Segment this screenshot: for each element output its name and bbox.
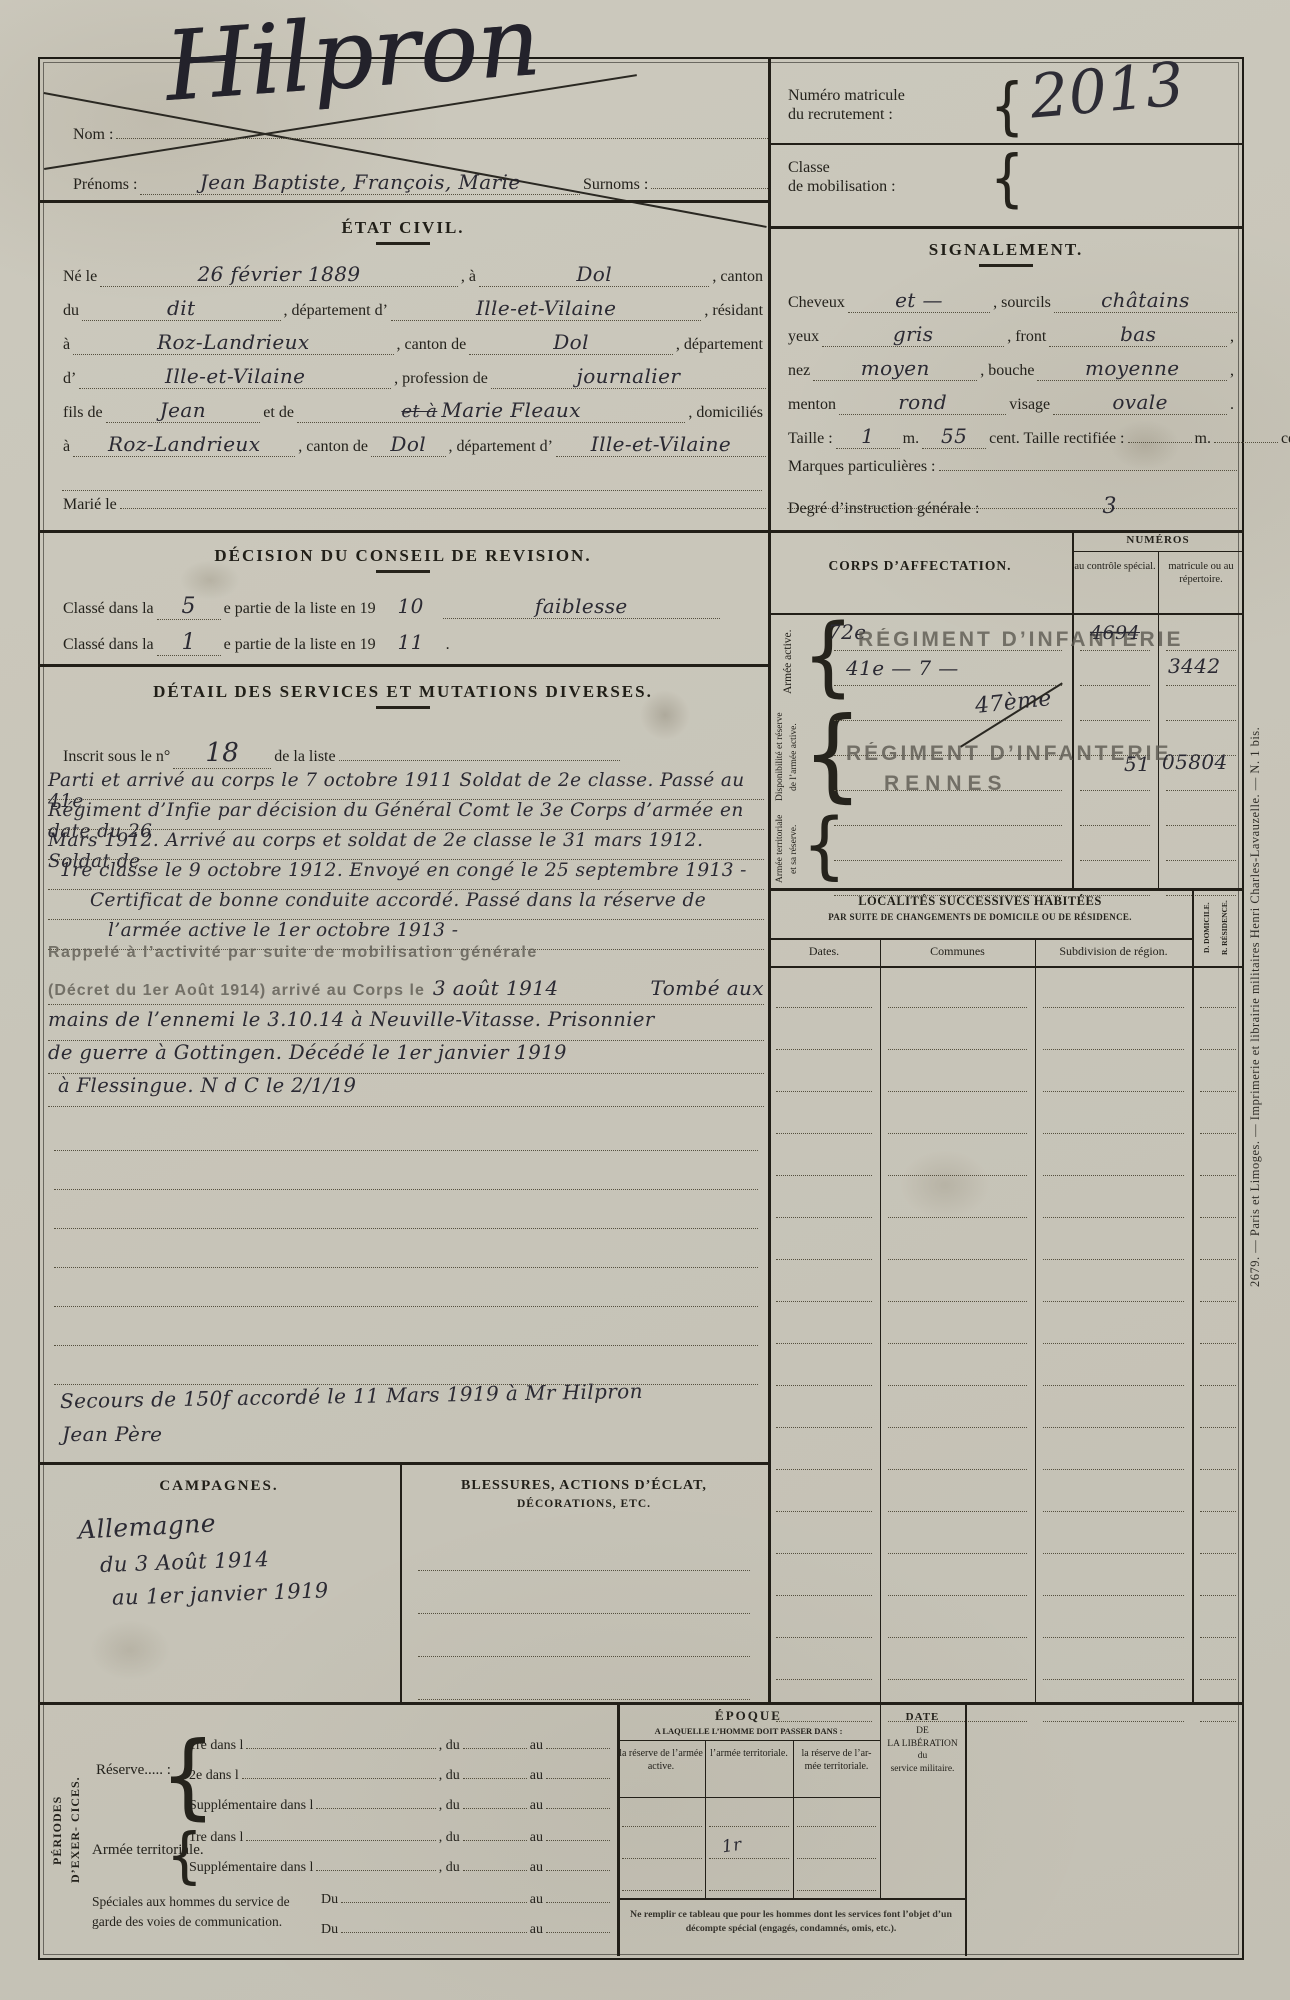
periode-row-reserve-2: 2e dans l , du au	[186, 1768, 610, 1792]
regiment-41-line: 41e — 7 —	[846, 656, 959, 680]
corps-group-armee-active: Armée active.	[782, 618, 800, 706]
blank-ruled-row	[776, 1386, 872, 1428]
blank-ruled-row	[418, 1657, 750, 1700]
epoque-col-3: la réserve de l’ar- mée territoriale.	[795, 1748, 878, 1773]
blank-ruled-row	[1043, 1260, 1184, 1302]
date-liberation-header: DATE DE LA LIBÉRATION du service militai…	[882, 1710, 963, 1776]
etat-civil-line-4: d’ Ille-et-Vilaine , profession de journ…	[60, 364, 766, 390]
blank-ruled-row	[888, 1596, 1027, 1638]
blank-ruled-row	[888, 1092, 1027, 1134]
blank-ruled-row	[1200, 1512, 1236, 1554]
blank-ruled-row	[1200, 1008, 1236, 1050]
blank-ruled-row	[54, 1268, 758, 1307]
blank-ruled-row	[1043, 1554, 1184, 1596]
decision-line-2: Classé dans la 1 e partie de la liste en…	[60, 630, 720, 656]
surnoms-field	[651, 188, 770, 189]
blank-ruled-row	[1043, 1638, 1184, 1680]
decision-line-1: Classé dans la 5 e partie de la liste en…	[60, 594, 720, 620]
blank-ruled-row	[888, 1218, 1027, 1260]
epoque-col-2: l’armée territoriale.	[707, 1748, 791, 1761]
blank-ruled-row	[54, 1151, 758, 1190]
localites-title: LOCALITÉS SUCCESSIVES HABITÉES	[768, 894, 1192, 909]
blank-ruled-row	[1043, 1596, 1184, 1638]
marques-line: Marques particulières :	[785, 458, 1237, 484]
mobilisation-stamp-line-2: (Décret du 1er Août 1914) arrivé au Corp…	[48, 976, 764, 1005]
numeros-col2-header: matricule ou au répertoire.	[1160, 560, 1242, 586]
periode-row-reserve-3: Supplémentaire dans l , du au	[186, 1798, 610, 1822]
matricule-05804: 05804	[1162, 750, 1228, 774]
prenoms-line: Prénoms : Jean Baptiste, François, Marie…	[70, 170, 770, 196]
blank-ruled-row	[776, 1134, 872, 1176]
blank-ruled-row	[1200, 1050, 1236, 1092]
etat-civil-line-2: du dit , département d’ Ille-et-Vilaine …	[60, 296, 766, 322]
blank-ruled-row	[776, 1344, 872, 1386]
blank-ruled-row	[1080, 791, 1150, 826]
services-handwritten-block: Parti et arrivé au corps le 7 octobre 19…	[48, 770, 764, 950]
blank-ruled-row	[1166, 686, 1236, 721]
localites-rows-dates	[770, 966, 878, 1722]
blank-ruled-row	[776, 966, 872, 1008]
blank-ruled-row	[1200, 1554, 1236, 1596]
epoque-hand-mark: 1r	[721, 1835, 743, 1858]
blank-ruled-row	[1166, 826, 1236, 861]
blank-ruled-row	[776, 1050, 872, 1092]
services-handwritten-block-2: mains de l’ennemi le 3.10.14 à Neuville-…	[48, 1008, 764, 1107]
blank-ruled-row	[54, 1229, 758, 1268]
marie-line: Marié le	[60, 496, 766, 522]
periode-row-terr-1: 1re dans l , du au	[186, 1830, 610, 1854]
speciales-row-2: Du au	[318, 1922, 610, 1946]
blank-ruled-row	[1200, 1302, 1236, 1344]
blank-ruled-row	[1200, 1344, 1236, 1386]
blank-ruled-row	[1043, 1470, 1184, 1512]
marques-field	[939, 470, 1238, 471]
blank-ruled-row	[776, 1008, 872, 1050]
blank-ruled-row	[776, 1470, 872, 1512]
blank-ruled-row	[1200, 1428, 1236, 1470]
corps-group-dispo-2: de l’armée active.	[789, 706, 802, 808]
services-title: DÉTAIL DES SERVICES ET MUTATIONS DIVERSE…	[38, 682, 768, 702]
matricule-label: Numéro matricule du recrutement :	[788, 86, 905, 124]
etat-civil-line-5: fils de Jean et de et à Marie Fleaux , d…	[60, 398, 766, 424]
blank-ruled-row	[888, 1470, 1027, 1512]
blank-ruled-row	[1043, 1008, 1184, 1050]
blank-ruled-row	[1043, 1386, 1184, 1428]
signalement-line-4: menton rond visage ovale .	[785, 390, 1237, 416]
epoque-note: Ne remplir ce tableau que pour les homme…	[628, 1908, 954, 1935]
blank-ruled-row	[1166, 791, 1236, 826]
rennes-stamp: RENNES	[884, 772, 1008, 796]
blank-ruled-row	[888, 1428, 1027, 1470]
numeros-col1-header: au contrôle spécial.	[1074, 560, 1156, 573]
corps-title: CORPS D’AFFECTATION.	[768, 558, 1072, 574]
matricule-brace: {	[990, 76, 1024, 138]
blank-ruled-row	[1080, 651, 1150, 686]
blank-ruled-row	[1200, 1134, 1236, 1176]
blank-ruled-row	[1043, 1134, 1184, 1176]
blank-ruled-row	[1200, 1638, 1236, 1680]
decision-title: DÉCISION DU CONSEIL DE REVISION.	[38, 546, 768, 566]
blank-ruled-row	[888, 1176, 1027, 1218]
classe-label: Classe de mobilisation :	[788, 158, 896, 196]
classe-brace: {	[990, 148, 1024, 210]
localites-rows-communes	[882, 966, 1033, 1722]
blank-ruled-row	[54, 1346, 758, 1385]
blank-ruled-row	[54, 1190, 758, 1229]
blank-ruled-row	[888, 1512, 1027, 1554]
blank-ruled-row	[1200, 1680, 1236, 1722]
blank-ruled-row	[1043, 1176, 1184, 1218]
periodes-side-label-1: PÉRIODES	[50, 1730, 66, 1930]
localites-col-subdivision: Subdivision de région.	[1035, 944, 1192, 959]
title-underline	[376, 570, 430, 573]
blank-ruled-row	[54, 1307, 758, 1346]
etat-civil-line-1: Né le 26 février 1889 , à Dol , canton	[60, 262, 766, 288]
blank-ruled-row	[418, 1571, 750, 1614]
blank-ruled-row	[1200, 966, 1236, 1008]
periodes-side-label-2: D’EXER- CICES.	[68, 1730, 84, 1930]
signalement-line-3: nez moyen , bouche moyenne ,	[785, 356, 1237, 382]
blank-ruled-row	[888, 1050, 1027, 1092]
scanned-military-register-page: { "colors":{"paper":"#c9c6ba","ink":"#2b…	[0, 0, 1290, 2000]
blank-ruled-row	[776, 1512, 872, 1554]
prenoms-label: Prénoms :	[70, 176, 140, 194]
blank-ruled-row	[1080, 686, 1150, 721]
blank-ruled-row	[834, 791, 1062, 826]
blank-ruled-row	[1043, 1680, 1184, 1722]
blank-ruled-row	[776, 1092, 872, 1134]
degre-line: Degré d’instruction générale : 3	[785, 494, 1237, 522]
blank-ruled-row	[1043, 1218, 1184, 1260]
numero-51: 51	[1124, 752, 1150, 776]
mobilisation-stamp-line-1: Rappelé à l’activité par suite de mobili…	[48, 944, 538, 962]
blank-ruled-row	[1043, 966, 1184, 1008]
blank-ruled-row	[1043, 1092, 1184, 1134]
title-underline	[979, 264, 1033, 267]
blank-ruled-row	[776, 1428, 872, 1470]
nom-field	[116, 138, 770, 139]
epoque-col-1: la réserve de l’armée active.	[619, 1748, 703, 1773]
localites-subtitle: PAR SUITE DE CHANGEMENTS DE DOMICILE OU …	[768, 912, 1192, 922]
inscrit-line: Inscrit sous le n° 18 de la liste	[60, 738, 620, 766]
blank-ruled-row	[888, 966, 1027, 1008]
blank-ruled-row	[1043, 1050, 1184, 1092]
secours-line-2: Jean Père	[62, 1422, 162, 1446]
speciales-row-1: Du au	[318, 1892, 610, 1916]
blank-ruled-row	[888, 1260, 1027, 1302]
matricule-3442: 3442	[1168, 654, 1221, 678]
localites-rows-subdivision	[1037, 966, 1190, 1722]
blank-ruled-row	[888, 1008, 1027, 1050]
blank-ruled-row	[776, 1260, 872, 1302]
blank-ruled-row	[1043, 1428, 1184, 1470]
blank-ruled-row	[1200, 1596, 1236, 1638]
blank-ruled-row	[776, 1554, 872, 1596]
blank-ruled-row	[776, 1596, 872, 1638]
blank-ruled-row	[1080, 826, 1150, 861]
blank-ruled-row	[834, 826, 1062, 861]
matricule-value: 2013	[1027, 49, 1187, 132]
blank-ruled-row	[1200, 1260, 1236, 1302]
periode-row-reserve-1: 1re dans l , du au	[186, 1738, 610, 1762]
speciales-label: Spéciales aux hommes du service de garde…	[92, 1892, 314, 1931]
nom-label: Nom :	[70, 126, 116, 144]
nom-line: Nom :	[70, 126, 770, 152]
taille-line: Taille : 1 m. 55 cent. Taille rectifiée …	[785, 424, 1237, 450]
title-underline	[376, 706, 430, 709]
blank-ruled-row	[888, 1134, 1027, 1176]
blank-ruled-row	[1200, 1470, 1236, 1512]
localites-col-dates: Dates.	[768, 944, 880, 959]
printer-imprint: 2679. — Paris et Limoges. — Imprimerie e…	[1248, 57, 1278, 1956]
matricule-crossed: 4694	[1090, 622, 1140, 644]
blank-ruled-row	[888, 1554, 1027, 1596]
blessures-title-1: BLESSURES, ACTIONS D’ÉCLAT,	[400, 1478, 768, 1494]
blank-ruled-row	[776, 1302, 872, 1344]
localites-rows-dr	[1194, 966, 1242, 1722]
marie-field	[120, 508, 766, 509]
domicile-rotated-label: D. DOMICILE.	[1202, 892, 1216, 964]
blank-ruled-row	[54, 1112, 758, 1151]
blank-ruled-row	[1043, 1302, 1184, 1344]
campagnes-title: CAMPAGNES.	[38, 1478, 400, 1495]
blessures-blank-rules	[412, 1528, 756, 1700]
epoque-title: ÉPOQUE	[617, 1708, 880, 1724]
blank-ruled-row	[888, 1638, 1027, 1680]
periode-row-terr-2: Supplémentaire dans l , du au	[186, 1860, 610, 1884]
blank-ruled-row	[418, 1528, 750, 1571]
surnoms-label: Surnoms :	[580, 176, 651, 194]
blessures-title-2: DÉCORATIONS, ETC.	[400, 1498, 768, 1510]
etat-civil-line-6: à Roz-Landrieux , canton de Dol , départ…	[60, 432, 766, 458]
signalement-line-1: Cheveux et — , sourcils châtains	[785, 288, 1237, 314]
blank-ruled-row	[1043, 1512, 1184, 1554]
etat-civil-title: ÉTAT CIVIL.	[38, 218, 768, 238]
epoque-subtitle: A LAQUELLE L’HOMME DOIT PASSER DANS :	[617, 1726, 880, 1736]
blank-ruled-row	[1043, 1344, 1184, 1386]
blank-ruled-row	[776, 1218, 872, 1260]
blank-ruled-row	[1200, 1386, 1236, 1428]
etat-civil-line-3: à Roz-Landrieux , canton de Dol , départ…	[60, 330, 766, 356]
blank-ruled-row	[776, 1176, 872, 1218]
signalement-line-2: yeux gris , front bas ,	[785, 322, 1237, 348]
title-underline	[376, 242, 430, 245]
blank-ruled-row	[888, 1386, 1027, 1428]
corps-group-dispo-1: Disponibilité et réserve	[775, 706, 788, 808]
corps-group-territoriale-1: Armée territoriale	[775, 812, 788, 886]
blank-ruled-row	[776, 1638, 872, 1680]
blank-ruled-row	[418, 1614, 750, 1657]
blank-ruled-row	[888, 1302, 1027, 1344]
localites-col-communes: Communes	[880, 944, 1035, 959]
prenoms-field: Jean Baptiste, François, Marie	[140, 170, 580, 195]
numeros-header: NUMÉROS	[1072, 534, 1244, 546]
blank-ruled-row	[1200, 1092, 1236, 1134]
blank-ruled-row	[1200, 1176, 1236, 1218]
blank-ruled-row	[1200, 1218, 1236, 1260]
blank-ruled-row	[888, 1344, 1027, 1386]
services-blank-rules	[48, 1112, 764, 1385]
corps-group-territoriale-2: et sa réserve.	[789, 812, 802, 886]
residence-rotated-label: R. RÉSIDENCE.	[1220, 892, 1234, 964]
regiment-infanterie-stamp-2: RÉGIMENT D’INFANTERIE	[846, 742, 1172, 766]
signalement-title: SIGNALEMENT.	[768, 240, 1244, 260]
